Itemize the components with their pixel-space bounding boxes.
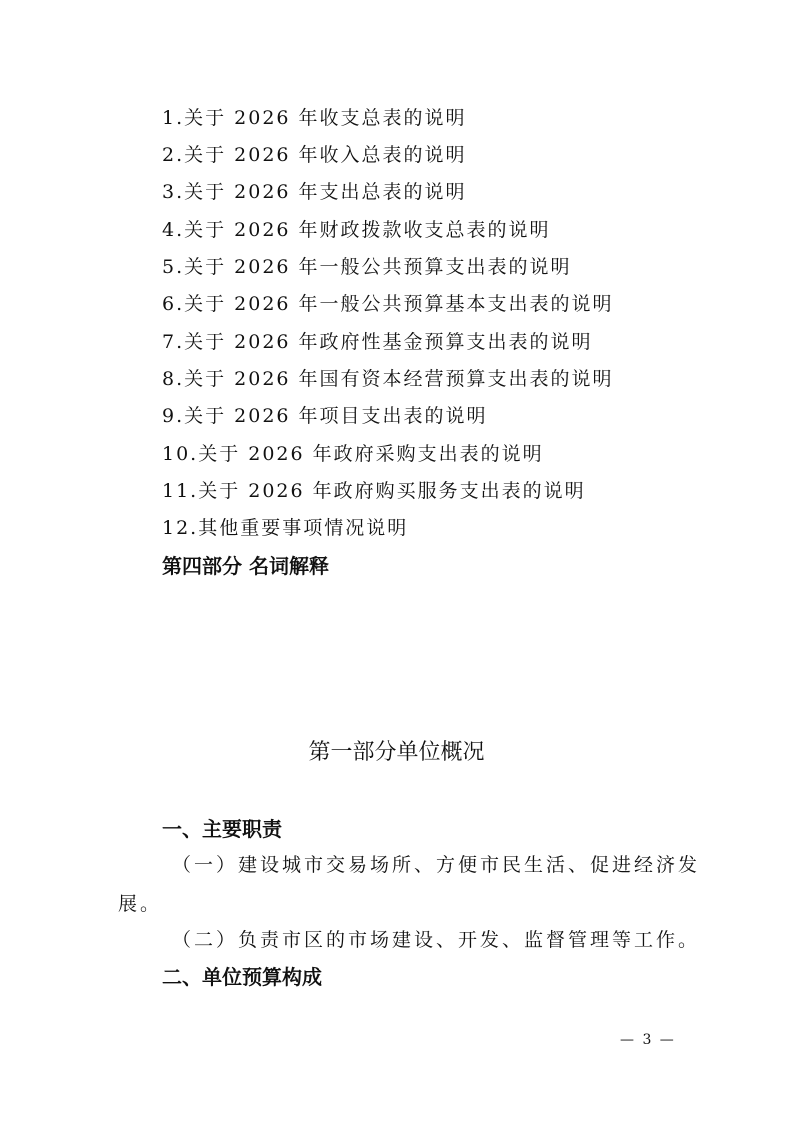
toc-item: 5.关于 2026 年一般公共预算支出表的说明 [162, 255, 572, 279]
toc-part4-heading: 第四部分 名词解释 [162, 553, 329, 579]
toc-item: 9.关于 2026 年项目支出表的说明 [162, 404, 488, 428]
duty-1-line1: （一）建设城市交易场所、方便市民生活、促进经济发 [172, 853, 700, 877]
heading-budget-composition: 二、单位预算构成 [162, 964, 322, 990]
duty-1-line2: 展。 [118, 892, 162, 916]
section-title: 第一部分单位概况 [0, 738, 793, 768]
toc-item: 8.关于 2026 年国有资本经营预算支出表的说明 [162, 367, 614, 391]
toc-item: 1.关于 2026 年收支总表的说明 [162, 106, 467, 130]
toc-item: 7.关于 2026 年政府性基金预算支出表的说明 [162, 330, 593, 354]
toc-item: 10.关于 2026 年政府采购支出表的说明 [162, 442, 544, 466]
toc-item: 4.关于 2026 年财政拨款收支总表的说明 [162, 218, 551, 242]
toc-item: 12.其他重要事项情况说明 [162, 516, 408, 540]
toc-item: 6.关于 2026 年一般公共预算基本支出表的说明 [162, 292, 614, 316]
heading-main-duties: 一、主要职责 [162, 816, 282, 842]
toc-item: 11.关于 2026 年政府购买服务支出表的说明 [162, 479, 586, 503]
duty-2: （二）负责市区的市场建设、开发、监督管理等工作。 [172, 928, 700, 952]
toc-item: 2.关于 2026 年收入总表的说明 [162, 143, 467, 167]
page-number: — 3 — [620, 1032, 676, 1048]
toc-item: 3.关于 2026 年支出总表的说明 [162, 180, 467, 204]
